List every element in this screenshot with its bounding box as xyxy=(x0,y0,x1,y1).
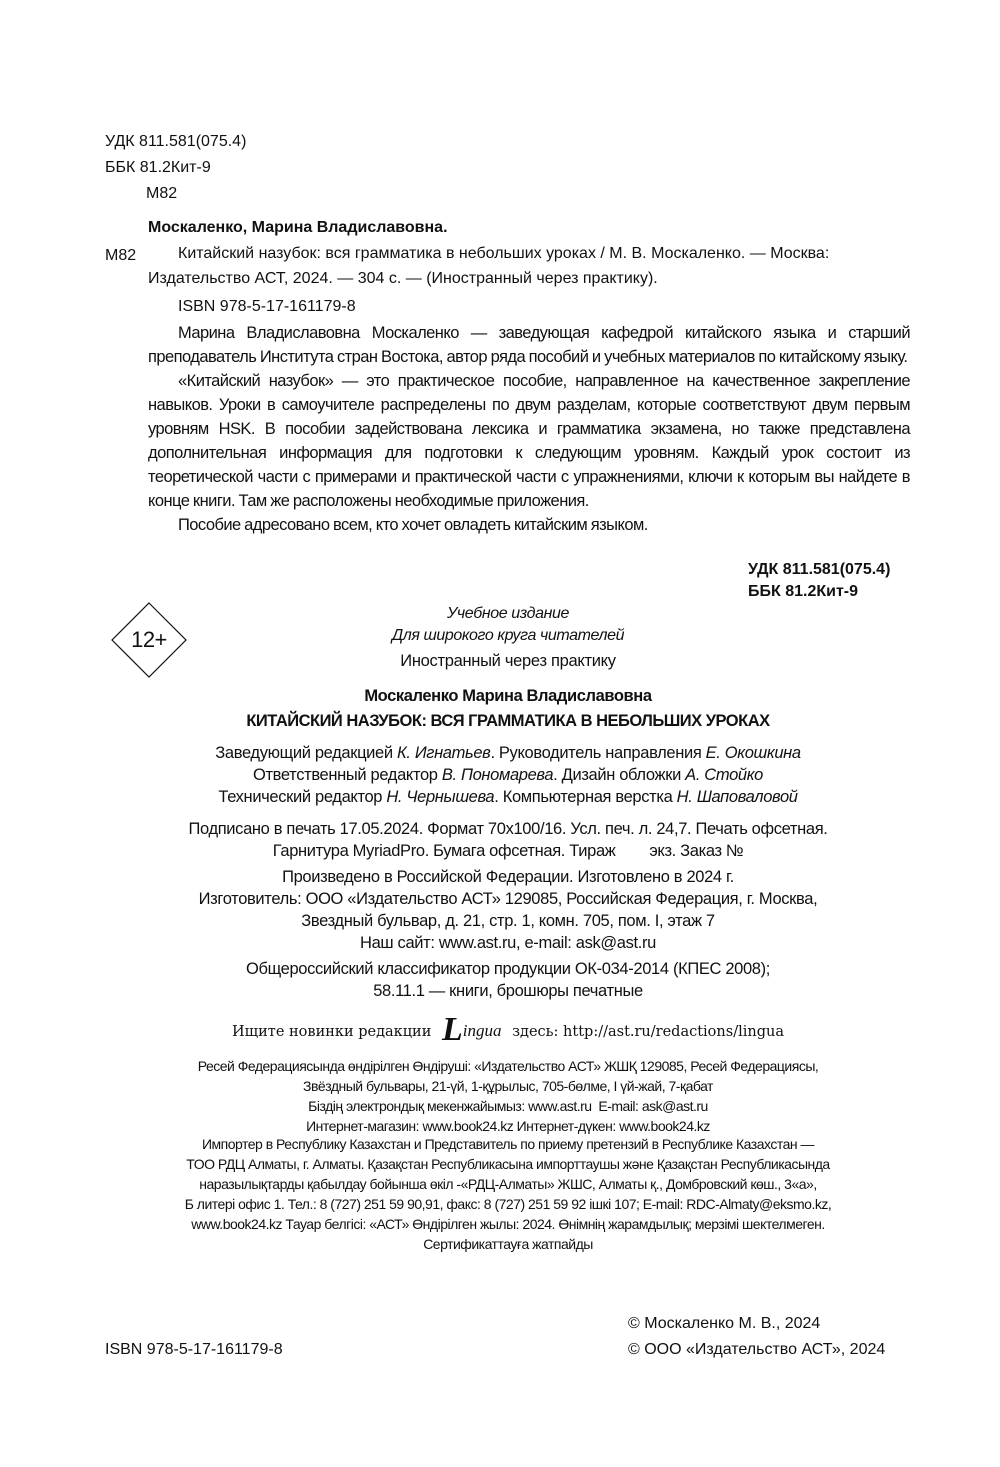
credits: Заведующий редакцией К. Игнатьев. Руково… xyxy=(148,742,868,808)
record-line-2: Издательство АСТ, 2024. — 304 с. — (Инос… xyxy=(148,269,658,289)
credit-name: Н. Чернышева xyxy=(386,788,494,806)
lingua-logo: Lingua xyxy=(442,1020,502,1042)
credit-name: Н. Шаповаловой xyxy=(677,788,798,806)
product-classifier: Общероссийский классификатор продукции О… xyxy=(120,958,896,1002)
producer-line: Наш сайт: www.ast.ru, e-mail: ask@ast.ru xyxy=(120,932,896,954)
edition-audience: Для широкого круга читателей xyxy=(148,626,868,646)
kz-line: www.book24.kz Тауар белгісі: «АСТ» Өндір… xyxy=(100,1214,916,1234)
kz-line: Импортер в Республику Казахстан и Предст… xyxy=(100,1134,916,1154)
footer-isbn: ISBN 978-5-17-161179-8 xyxy=(105,1340,283,1360)
series-name: Иностранный через практику xyxy=(148,651,868,671)
producer-line: Изготовитель: ООО «Издательство АСТ» 129… xyxy=(120,888,896,910)
edition-author: Москаленко Марина Владиславовна xyxy=(148,686,868,706)
credit-label: Руководитель направления xyxy=(499,744,702,762)
kazakh-importer-info: Импортер в Республику Казахстан и Предст… xyxy=(100,1134,916,1254)
producer-line: Произведено в Российской Федерации. Изго… xyxy=(120,866,896,888)
credits-line: Заведующий редакцией К. Игнатьев. Руково… xyxy=(148,742,868,764)
lingua-url: здесь: http://ast.ru/redactions/lingua xyxy=(512,1024,784,1040)
copyright-author: © Москаленко М. В., 2024 xyxy=(628,1314,820,1334)
author-mark: М82 xyxy=(146,184,177,204)
annotation-paragraph: Пособие адресовано всем, кто хочет овлад… xyxy=(148,513,910,537)
annotation-paragraph: «Китайский назубок» — это практическое п… xyxy=(148,369,910,513)
credit-name: В. Пономарева xyxy=(442,766,553,784)
credit-label: Заведующий редакцией xyxy=(215,744,392,762)
record-author-mark: М82 xyxy=(105,246,136,266)
credit-name: К. Игнатьев xyxy=(397,744,490,762)
kz-line: ТОО РДЦ Алматы, г. Алматы. Қазақстан Рес… xyxy=(100,1154,916,1174)
record-isbn: ISBN 978-5-17-161179-8 xyxy=(178,297,356,317)
credits-line: Технический редактор Н. Чернышева. Компь… xyxy=(148,786,868,808)
print-info-line: Гарнитура MyriadPro. Бумага офсетная. Ти… xyxy=(120,840,896,862)
edition-type: Учебное издание xyxy=(148,604,868,624)
kz-line: Б литері офис 1. Тел.: 8 (727) 251 59 90… xyxy=(100,1194,916,1214)
lingua-promo: Ищите новинки редакции Lingua здесь: htt… xyxy=(120,1020,896,1043)
kz-line: наразылықтарды қабылдау бойынша өкіл -«Р… xyxy=(100,1174,916,1194)
book-title: КИТАЙСКИЙ НАЗУБОК: ВСЯ ГРАММАТИКА В НЕБО… xyxy=(148,711,868,731)
print-info: Подписано в печать 17.05.2024. Формат 70… xyxy=(120,818,896,862)
lingua-logo-initial: L xyxy=(442,1011,463,1048)
kz-line: Интернет-магазин: www.book24.kz Интернет… xyxy=(100,1116,916,1136)
print-info-line: Подписано в печать 17.05.2024. Формат 70… xyxy=(120,818,896,840)
record-line-1: Китайский назубок: вся грамматика в небо… xyxy=(178,244,829,264)
classifier-line: Общероссийский классификатор продукции О… xyxy=(120,958,896,980)
bbk-code: ББК 81.2Кит-9 xyxy=(105,158,211,178)
kz-line: Ресей Федерациясында өндірілген Өндіруші… xyxy=(100,1056,916,1076)
credit-label: Ответственный редактор xyxy=(253,766,438,784)
lingua-logo-text: ingua xyxy=(463,1021,502,1040)
producer-line: Звездный бульвар, д. 21, стр. 1, комн. 7… xyxy=(120,910,896,932)
classifier-line: 58.11.1 — книги, брошюры печатные xyxy=(120,980,896,1002)
copyright-publisher: © ООО «Издательство АСТ», 2024 xyxy=(628,1340,885,1360)
kz-line: Звёздный бульвары, 21-үй, 1-құрылыс, 705… xyxy=(100,1076,916,1096)
credit-label: Технический редактор xyxy=(218,788,382,806)
kz-line: Сертификаттауға жатпайды xyxy=(100,1234,916,1254)
lingua-prefix: Ищите новинки редакции xyxy=(232,1024,431,1040)
udk-code-right: УДК 811.581(075.4) xyxy=(748,560,890,580)
credit-name: А. Стойко xyxy=(685,766,763,784)
credit-label: Компьютерная верстка xyxy=(503,788,673,806)
producer-info: Произведено в Российской Федерации. Изго… xyxy=(120,866,896,954)
kazakh-producer-info: Ресей Федерациясында өндірілген Өндіруші… xyxy=(100,1056,916,1136)
credit-label: Дизайн обложки xyxy=(562,766,681,784)
credit-name: Е. Окошкина xyxy=(706,744,801,762)
annotation: Марина Владиславовна Москаленко — заведу… xyxy=(148,321,910,537)
udk-code: УДК 811.581(075.4) xyxy=(105,132,246,152)
annotation-paragraph: Марина Владиславовна Москаленко — заведу… xyxy=(148,321,910,369)
bbk-code-right: ББК 81.2Кит-9 xyxy=(748,582,858,602)
kz-line: Біздің электрондық мекенжайымыз: www.ast… xyxy=(100,1096,916,1116)
credits-line: Ответственный редактор В. Пономарева. Ди… xyxy=(148,764,868,786)
record-author-heading: Москаленко, Марина Владиславовна. xyxy=(148,218,448,238)
